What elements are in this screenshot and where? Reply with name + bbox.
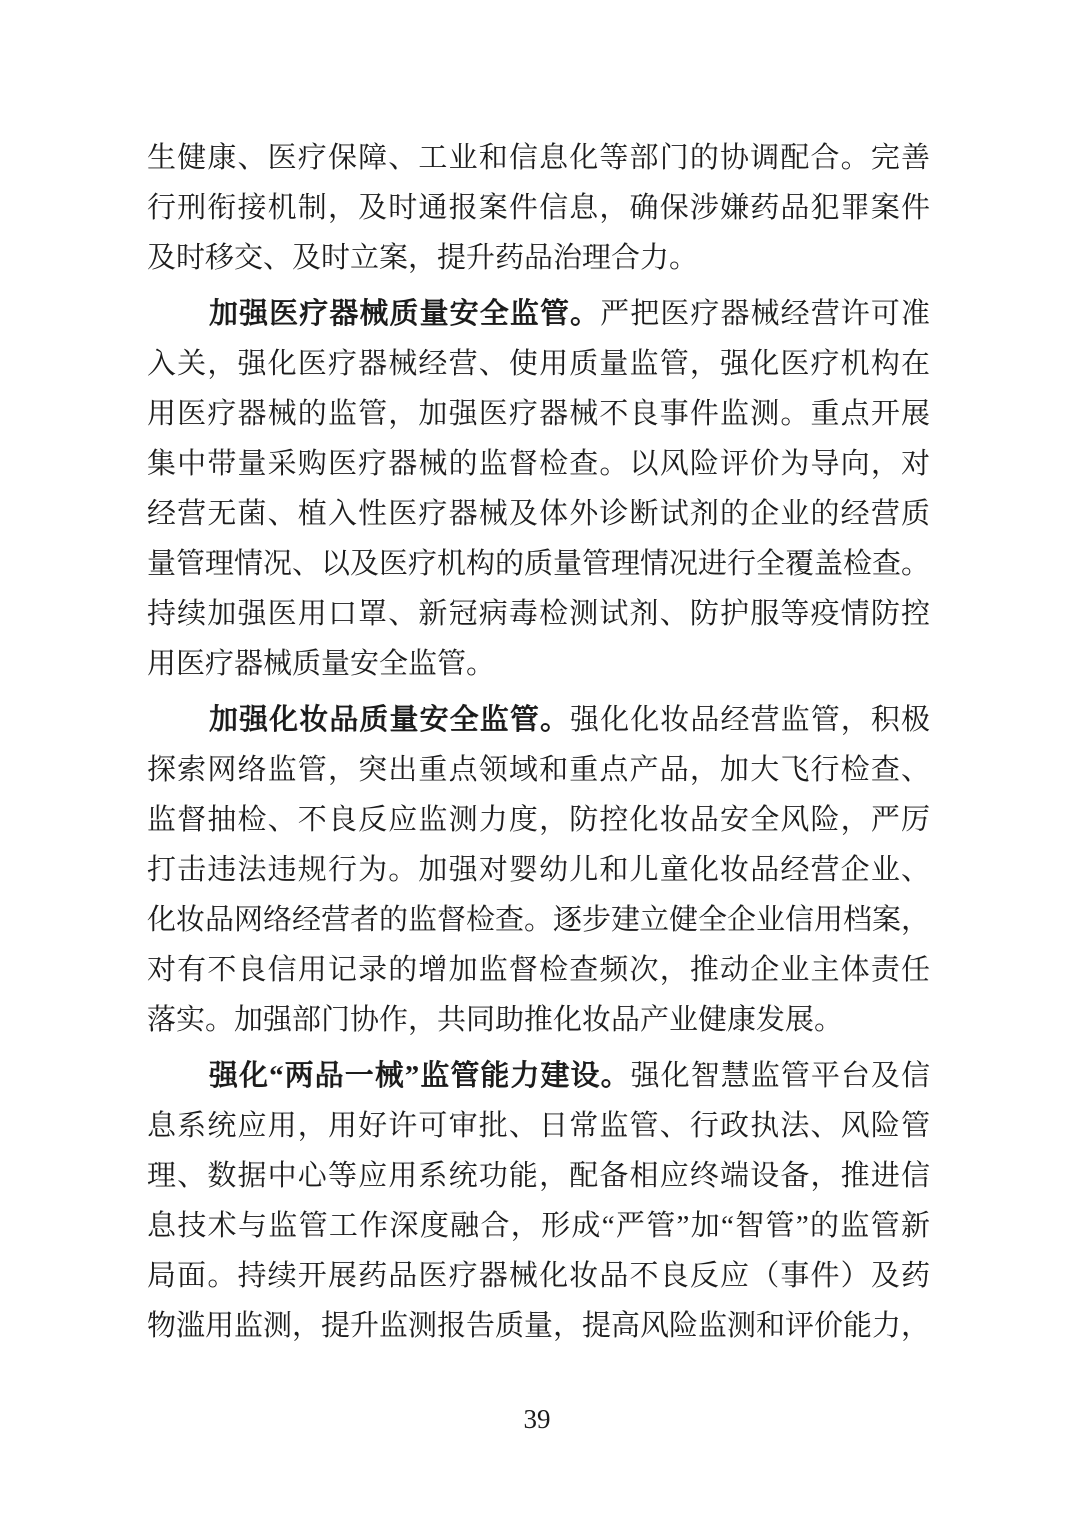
text-line: 落实。加强部门协作，共同助推化妆品产业健康发展。 (147, 995, 930, 1045)
text-line: 息系统应用，用好许可审批、日常监管、行政执法、风险管 (147, 1101, 930, 1151)
text-line: 息技术与监管工作深度融合，形成“严管”加“智管”的监管新 (147, 1201, 930, 1251)
text-line: 加强化妆品质量安全监管。强化化妆品经营监管，积极 (147, 695, 930, 745)
paragraph-4: 强化“两品一械”监管能力建设。强化智慧监管平台及信 息系统应用，用好许可审批、日… (147, 1051, 930, 1351)
text-run: 严把医疗器械经营许可准 (600, 298, 930, 330)
text-line: 加强医疗器械质量安全监管。严把医疗器械经营许可准 (147, 289, 930, 339)
text-line: 打击违法违规行为。加强对婴幼儿和儿童化妆品经营企业、 (147, 845, 930, 895)
text-line: 入关，强化医疗器械经营、使用质量监管，强化医疗机构在 (147, 339, 930, 389)
text-line: 强化“两品一械”监管能力建设。强化智慧监管平台及信 (147, 1051, 930, 1101)
text-line: 化妆品网络经营者的监督检查。逐步建立健全企业信用档案， (147, 895, 930, 945)
text-line: 行刑衔接机制，及时通报案件信息，确保涉嫌药品犯罪案件 (147, 183, 930, 233)
paragraph-lead-bold: 加强化妆品质量安全监管。 (209, 704, 570, 736)
paragraph-lead-bold: 加强医疗器械质量安全监管。 (209, 298, 600, 330)
text-line: 量管理情况、以及医疗机构的质量管理情况进行全覆盖检查。 (147, 539, 930, 589)
text-line: 监督抽检、不良反应监测力度，防控化妆品安全风险，严厉 (147, 795, 930, 845)
text-line: 集中带量采购医疗器械的监督检查。以风险评价为导向，对 (147, 439, 930, 489)
text-run: 强化智慧监管平台及信 (631, 1060, 930, 1092)
text-line: 局面。持续开展药品医疗器械化妆品不良反应（事件）及药 (147, 1251, 930, 1301)
text-line: 生健康、医疗保障、工业和信息化等部门的协调配合。完善 (147, 133, 930, 183)
document-body: 生健康、医疗保障、工业和信息化等部门的协调配合。完善 行刑衔接机制，及时通报案件… (147, 133, 930, 1351)
paragraph-2: 加强医疗器械质量安全监管。严把医疗器械经营许可准 入关，强化医疗器械经营、使用质… (147, 289, 930, 689)
paragraph-lead-bold: 强化“两品一械”监管能力建设。 (209, 1060, 631, 1092)
paragraph-3: 加强化妆品质量安全监管。强化化妆品经营监管，积极 探索网络监管，突出重点领域和重… (147, 695, 930, 1045)
text-line: 用医疗器械质量安全监管。 (147, 639, 930, 689)
text-line: 经营无菌、植入性医疗器械及体外诊断试剂的企业的经营质 (147, 489, 930, 539)
text-line: 用医疗器械的监管，加强医疗器械不良事件监测。重点开展 (147, 389, 930, 439)
text-line: 探索网络监管，突出重点领域和重点产品，加大飞行检查、 (147, 745, 930, 795)
text-line: 理、数据中心等应用系统功能，配备相应终端设备，推进信 (147, 1151, 930, 1201)
text-line: 持续加强医用口罩、新冠病毒检测试剂、防护服等疫情防控 (147, 589, 930, 639)
text-line: 物滥用监测，提升监测报告质量，提高风险监测和评价能力， (147, 1301, 930, 1351)
text-line: 及时移交、及时立案，提升药品治理合力。 (147, 233, 930, 283)
document-page: 生健康、医疗保障、工业和信息化等部门的协调配合。完善 行刑衔接机制，及时通报案件… (0, 0, 1074, 1520)
text-line: 对有不良信用记录的增加监督检查频次，推动企业主体责任 (147, 945, 930, 995)
paragraph-1: 生健康、医疗保障、工业和信息化等部门的协调配合。完善 行刑衔接机制，及时通报案件… (147, 133, 930, 283)
text-run: 强化化妆品经营监管，积极 (570, 704, 930, 736)
page-number: 39 (0, 1402, 1074, 1436)
